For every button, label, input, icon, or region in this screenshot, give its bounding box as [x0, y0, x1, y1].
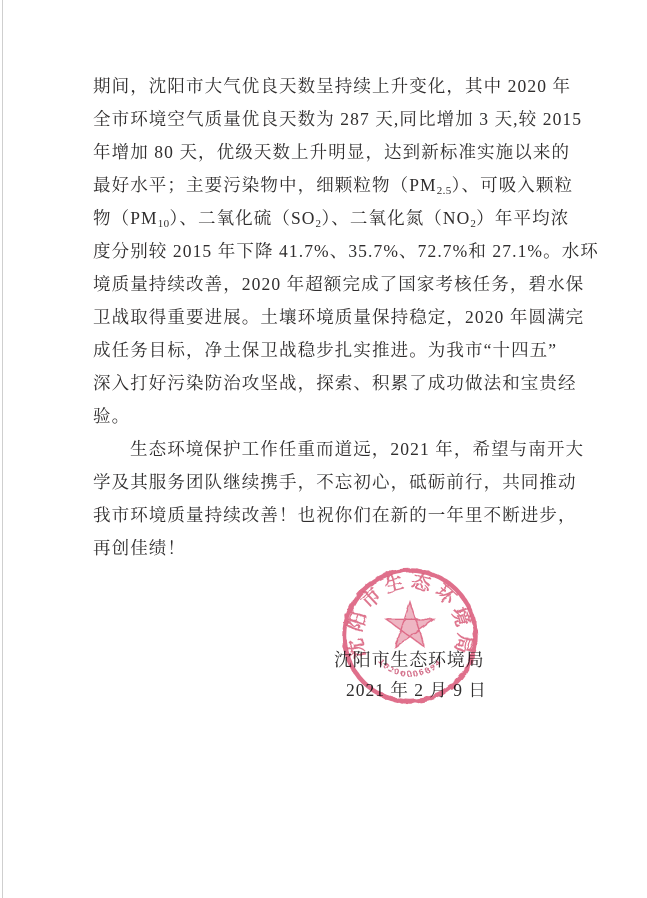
text-segment: 我市环境质量持续改善！也祝你们在新的一年里不断进步，	[93, 505, 577, 525]
text-line: 成任务目标，净土保卫战稳步扎实推进。为我市“十四五”	[93, 334, 556, 367]
text-line: 年增加 80 天，优级天数上升明显，达到新标准实施以来的	[93, 136, 556, 169]
scan-edge-line	[2, 0, 3, 898]
text-segment: 度分别较 2015 年下降 41.7%、35.7%、72.7%和 27.1%。水…	[93, 241, 599, 261]
text-segment: 验。	[93, 406, 130, 426]
official-seal: 沈阳市生态环境局 2102000068948	[335, 561, 485, 711]
text-line: 物（PM10）、二氧化硫（SO2）、二氧化氮（NO2）年平均浓	[93, 202, 556, 235]
text-segment: 成任务目标，净土保卫战稳步扎实推进。为我市“十四五”	[93, 340, 557, 360]
text-line: 境质量持续改善，2020 年超额完成了国家考核任务，碧水保	[93, 268, 556, 301]
text-line: 最好水平；主要污染物中，细颗粒物（PM2.5）、可吸入颗粒	[93, 169, 556, 202]
text-line: 再创佳绩！	[93, 532, 556, 565]
text-segment: ）、二氧化硫（SO	[170, 208, 316, 228]
text-segment: 最好水平；主要污染物中，细颗粒物（PM	[93, 175, 437, 195]
text-line: 卫战取得重要进展。土壤环境质量保持稳定，2020 年圆满完	[93, 301, 556, 334]
text-segment: 再创佳绩！	[93, 538, 186, 558]
text-segment: 深入打好污染防治攻坚战，探索、积累了成功做法和宝贵经	[93, 373, 577, 393]
text-segment: ）、二氧化氮（NO	[321, 208, 470, 228]
scanned-letter-page: 期间，沈阳市大气优良天数呈持续上升变化，其中 2020 年全市环境空气质量优良天…	[0, 0, 647, 898]
text-segment: 期间，沈阳市大气优良天数呈持续上升变化，其中 2020 年	[93, 76, 571, 96]
text-line: 深入打好污染防治攻坚战，探索、积累了成功做法和宝贵经	[93, 367, 556, 400]
text-segment: 学及其服务团队继续携手，不忘初心，砥砺前行，共同推动	[93, 472, 577, 492]
text-segment: 卫战取得重要进展。土壤环境质量保持稳定，2020 年圆满完	[93, 307, 584, 327]
text-segment: 年增加 80 天，优级天数上升明显，达到新标准实施以来的	[93, 142, 570, 162]
text-line: 验。	[93, 400, 556, 433]
subscript-segment: 2.5	[437, 185, 452, 197]
text-line: 我市环境质量持续改善！也祝你们在新的一年里不断进步，	[93, 499, 556, 532]
text-line: 学及其服务团队继续携手，不忘初心，砥砺前行，共同推动	[93, 466, 556, 499]
subscript-segment: 10	[158, 218, 170, 230]
text-line: 度分别较 2015 年下降 41.7%、35.7%、72.7%和 27.1%。水…	[93, 235, 556, 268]
text-segment: ）、可吸入颗粒	[452, 175, 573, 195]
text-line: 生态环境保护工作任重而道远，2021 年，希望与南开大	[93, 433, 556, 466]
text-segment: 全市环境空气质量优良天数为 287 天,同比增加 3 天,较 2015	[93, 109, 582, 129]
text-segment: 境质量持续改善，2020 年超额完成了国家考核任务，碧水保	[93, 274, 584, 294]
document-body: 期间，沈阳市大气优良天数呈持续上升变化，其中 2020 年全市环境空气质量优良天…	[93, 70, 556, 565]
text-segment: ）年平均浓	[476, 208, 569, 228]
text-line: 期间，沈阳市大气优良天数呈持续上升变化，其中 2020 年	[93, 70, 556, 103]
text-segment: 物（PM	[93, 208, 158, 228]
text-segment: 生态环境保护工作任重而道远，2021 年，希望与南开大	[130, 439, 584, 459]
text-line: 全市环境空气质量优良天数为 287 天,同比增加 3 天,较 2015	[93, 103, 556, 136]
seal-star-icon	[386, 602, 434, 647]
